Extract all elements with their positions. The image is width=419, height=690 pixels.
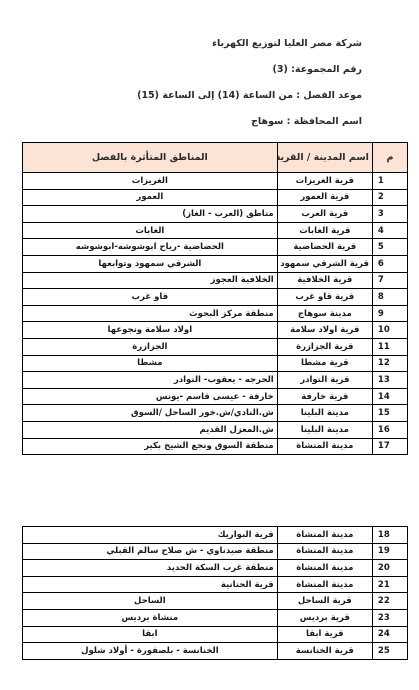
affected-areas-cell: الغابات <box>23 222 278 239</box>
city-name-cell: قرية العمور <box>277 189 372 206</box>
city-name-cell: مدينة سوهاج <box>277 305 372 322</box>
table-row: 4 قرية الغابات الغابات <box>23 222 408 239</box>
affected-areas-cell: قاو غرب <box>23 289 278 306</box>
table-row: 10 قرية اولاد سلامة اولاد سلامة ونجوعها <box>23 322 408 339</box>
city-name-cell: مدينة المنشاة <box>277 438 372 455</box>
governorate-name: اسم المحافظة : سوهاج <box>0 116 362 127</box>
column-header-number: م <box>372 143 407 173</box>
column-header-city: اسم المدينة / القرية <box>277 143 372 173</box>
row-number-cell: 19 <box>372 543 407 560</box>
row-number-cell: 7 <box>372 272 407 289</box>
table-row: 9 مدينة سوهاج منطقة مركز البحوث <box>23 305 408 322</box>
affected-areas-cell: ش.المعزل القديم <box>23 421 278 438</box>
affected-areas-cell: الخنانسة - بلصفورة - أولاد شلول <box>23 643 278 660</box>
group-number: رقم المجموعة: (3) <box>0 64 362 75</box>
table-row: 3 قرية العرب مناطق (العرب - الغاز) <box>23 206 408 223</box>
table-row: 16 مدينة البلينا ش.المعزل القديم <box>23 421 408 438</box>
affected-areas-cell: منطقة غرب السكة الحديد <box>23 560 278 577</box>
city-name-cell: مدينة المنشاة <box>277 527 372 544</box>
table-row: 23 قرية برديس منشاة برديس <box>23 610 408 627</box>
document-header: شركة مصر العليا لتوزيع الكهرباء رقم المج… <box>0 0 419 127</box>
table-row: 14 قرية خارفة خارفة - عيسى قاسم -يونس <box>23 388 408 405</box>
affected-areas-cell: الخلافية العجوز <box>23 272 278 289</box>
affected-areas-cell: اولاد سلامة ونجوعها <box>23 322 278 339</box>
table-row: 7 قرية الخلافية الخلافية العجوز <box>23 272 408 289</box>
row-number-cell: 6 <box>372 255 407 272</box>
affected-areas-cell: الساحل <box>23 593 278 610</box>
affected-areas-cell: الحرجه - يعقوب- التوادر <box>23 372 278 389</box>
table-row: 13 قرية التوادر الحرجه - يعقوب- التوادر <box>23 372 408 389</box>
row-number-cell: 2 <box>372 189 407 206</box>
affected-areas-cell: خارفة - عيسى قاسم -يونس <box>23 388 278 405</box>
row-number-cell: 18 <box>372 527 407 544</box>
city-name-cell: قرية برديس <box>277 610 372 627</box>
table-header-row: م اسم المدينة / القرية المناطق المتأثرة … <box>23 143 408 173</box>
row-number-cell: 14 <box>372 388 407 405</box>
row-number-cell: 13 <box>372 372 407 389</box>
city-name-cell: قرية العرب <box>277 206 372 223</box>
row-number-cell: 22 <box>372 593 407 610</box>
row-number-cell: 23 <box>372 610 407 627</box>
table-row: 5 قرية الحضاضية الحضاضية -رياح ابوشوشه-ا… <box>23 239 408 256</box>
row-number-cell: 16 <box>372 421 407 438</box>
table-row: 15 مدينة البلينا ش.النادي/ش.خور الساحل /… <box>23 405 408 422</box>
table-body-page1: 1 قرية الغريزات الغريزات 2 قرية العمور ا… <box>23 173 408 455</box>
table-row: 20 مدينة المنشاة منطقة غرب السكة الحديد <box>23 560 408 577</box>
table-row: 24 قرية ابقا ابقا <box>23 626 408 643</box>
affected-areas-cell: منطقة مركز البحوث <box>23 305 278 322</box>
affected-areas-cell: منشاة برديس <box>23 610 278 627</box>
affected-areas-cell: الغريزات <box>23 173 278 190</box>
city-name-cell: قرية الخلافية <box>277 272 372 289</box>
city-name-cell: قرية الجزازرة <box>277 338 372 355</box>
table-row: 8 قرية قاو غرب قاو غرب <box>23 289 408 306</box>
affected-areas-cell: منطقة السوق ونجع الشيخ بكير <box>23 438 278 455</box>
city-name-cell: مدينة البلينا <box>277 405 372 422</box>
row-number-cell: 10 <box>372 322 407 339</box>
table-row: 17 مدينة المنشاة منطقة السوق ونجع الشيخ … <box>23 438 408 455</box>
affected-areas-cell: ش.النادي/ش.خور الساحل /السوق <box>23 405 278 422</box>
city-name-cell: قرية قاو غرب <box>277 289 372 306</box>
outage-schedule-table-page1: م اسم المدينة / القرية المناطق المتأثرة … <box>22 142 408 455</box>
affected-areas-cell: قرية البواريك <box>23 527 278 544</box>
row-number-cell: 4 <box>372 222 407 239</box>
affected-areas-cell: العمور <box>23 189 278 206</box>
city-name-cell: مدينة البلينا <box>277 421 372 438</box>
city-name-cell: قرية مشطا <box>277 355 372 372</box>
table-row: 18 مدينة المنشاة قرية البواريك <box>23 527 408 544</box>
city-name-cell: مدينة المنشاة <box>277 576 372 593</box>
table-header: م اسم المدينة / القرية المناطق المتأثرة … <box>23 143 408 173</box>
city-name-cell: قرية ابقا <box>277 626 372 643</box>
row-number-cell: 11 <box>372 338 407 355</box>
affected-areas-cell: ابقا <box>23 626 278 643</box>
row-number-cell: 1 <box>372 173 407 190</box>
row-number-cell: 8 <box>372 289 407 306</box>
table-row: 11 قرية الجزازرة الجزازرة <box>23 338 408 355</box>
table-row: 1 قرية الغريزات الغريزات <box>23 173 408 190</box>
city-name-cell: قرية الشرقي سمهود <box>277 255 372 272</box>
company-name: شركة مصر العليا لتوزيع الكهرباء <box>0 38 362 49</box>
outage-schedule-table-page2: 18 مدينة المنشاة قرية البواريك 19 مدينة … <box>22 526 408 660</box>
row-number-cell: 15 <box>372 405 407 422</box>
row-number-cell: 12 <box>372 355 407 372</box>
row-number-cell: 17 <box>372 438 407 455</box>
city-name-cell: قرية اولاد سلامة <box>277 322 372 339</box>
table-row: 21 مدينة المنشاة قرية الحنانية <box>23 576 408 593</box>
row-number-cell: 24 <box>372 626 407 643</box>
table-body-page2: 18 مدينة المنشاة قرية البواريك 19 مدينة … <box>23 527 408 660</box>
city-name-cell: قرية الساحل <box>277 593 372 610</box>
city-name-cell: قرية الغريزات <box>277 173 372 190</box>
affected-areas-cell: منطقة صيدناوي - ش صلاح سالم القبلي <box>23 543 278 560</box>
city-name-cell: قرية التوادر <box>277 372 372 389</box>
affected-areas-cell: مشطا <box>23 355 278 372</box>
city-name-cell: قرية الخنانسة <box>277 643 372 660</box>
table-row: 22 قرية الساحل الساحل <box>23 593 408 610</box>
affected-areas-cell: الحضاضية -رياح ابوشوشه-ابوشوشه <box>23 239 278 256</box>
row-number-cell: 25 <box>372 643 407 660</box>
table-row: 19 مدينة المنشاة منطقة صيدناوي - ش صلاح … <box>23 543 408 560</box>
row-number-cell: 9 <box>372 305 407 322</box>
table-row: 25 قرية الخنانسة الخنانسة - بلصفورة - أو… <box>23 643 408 660</box>
row-number-cell: 5 <box>372 239 407 256</box>
affected-areas-cell: الجزازرة <box>23 338 278 355</box>
table-row: 12 قرية مشطا مشطا <box>23 355 408 372</box>
affected-areas-cell: مناطق (العرب - الغاز) <box>23 206 278 223</box>
city-name-cell: مدينة المنشاة <box>277 543 372 560</box>
row-number-cell: 21 <box>372 576 407 593</box>
city-name-cell: قرية خارفة <box>277 388 372 405</box>
document-page: { "header": { "company": "شركة مصر العلي… <box>0 0 419 690</box>
affected-areas-cell: الشرقي سمهود وتوابعها <box>23 255 278 272</box>
city-name-cell: قرية الغابات <box>277 222 372 239</box>
row-number-cell: 20 <box>372 560 407 577</box>
table-row: 6 قرية الشرقي سمهود الشرقي سمهود وتوابعه… <box>23 255 408 272</box>
table-row: 2 قرية العمور العمور <box>23 189 408 206</box>
column-header-areas: المناطق المتأثرة بالفصل <box>23 143 278 173</box>
outage-time: موعد الفصل : من الساعة (14) إلى الساعة (… <box>0 90 362 101</box>
row-number-cell: 3 <box>372 206 407 223</box>
affected-areas-cell: قرية الحنانية <box>23 576 278 593</box>
city-name-cell: مدينة المنشاة <box>277 560 372 577</box>
city-name-cell: قرية الحضاضية <box>277 239 372 256</box>
